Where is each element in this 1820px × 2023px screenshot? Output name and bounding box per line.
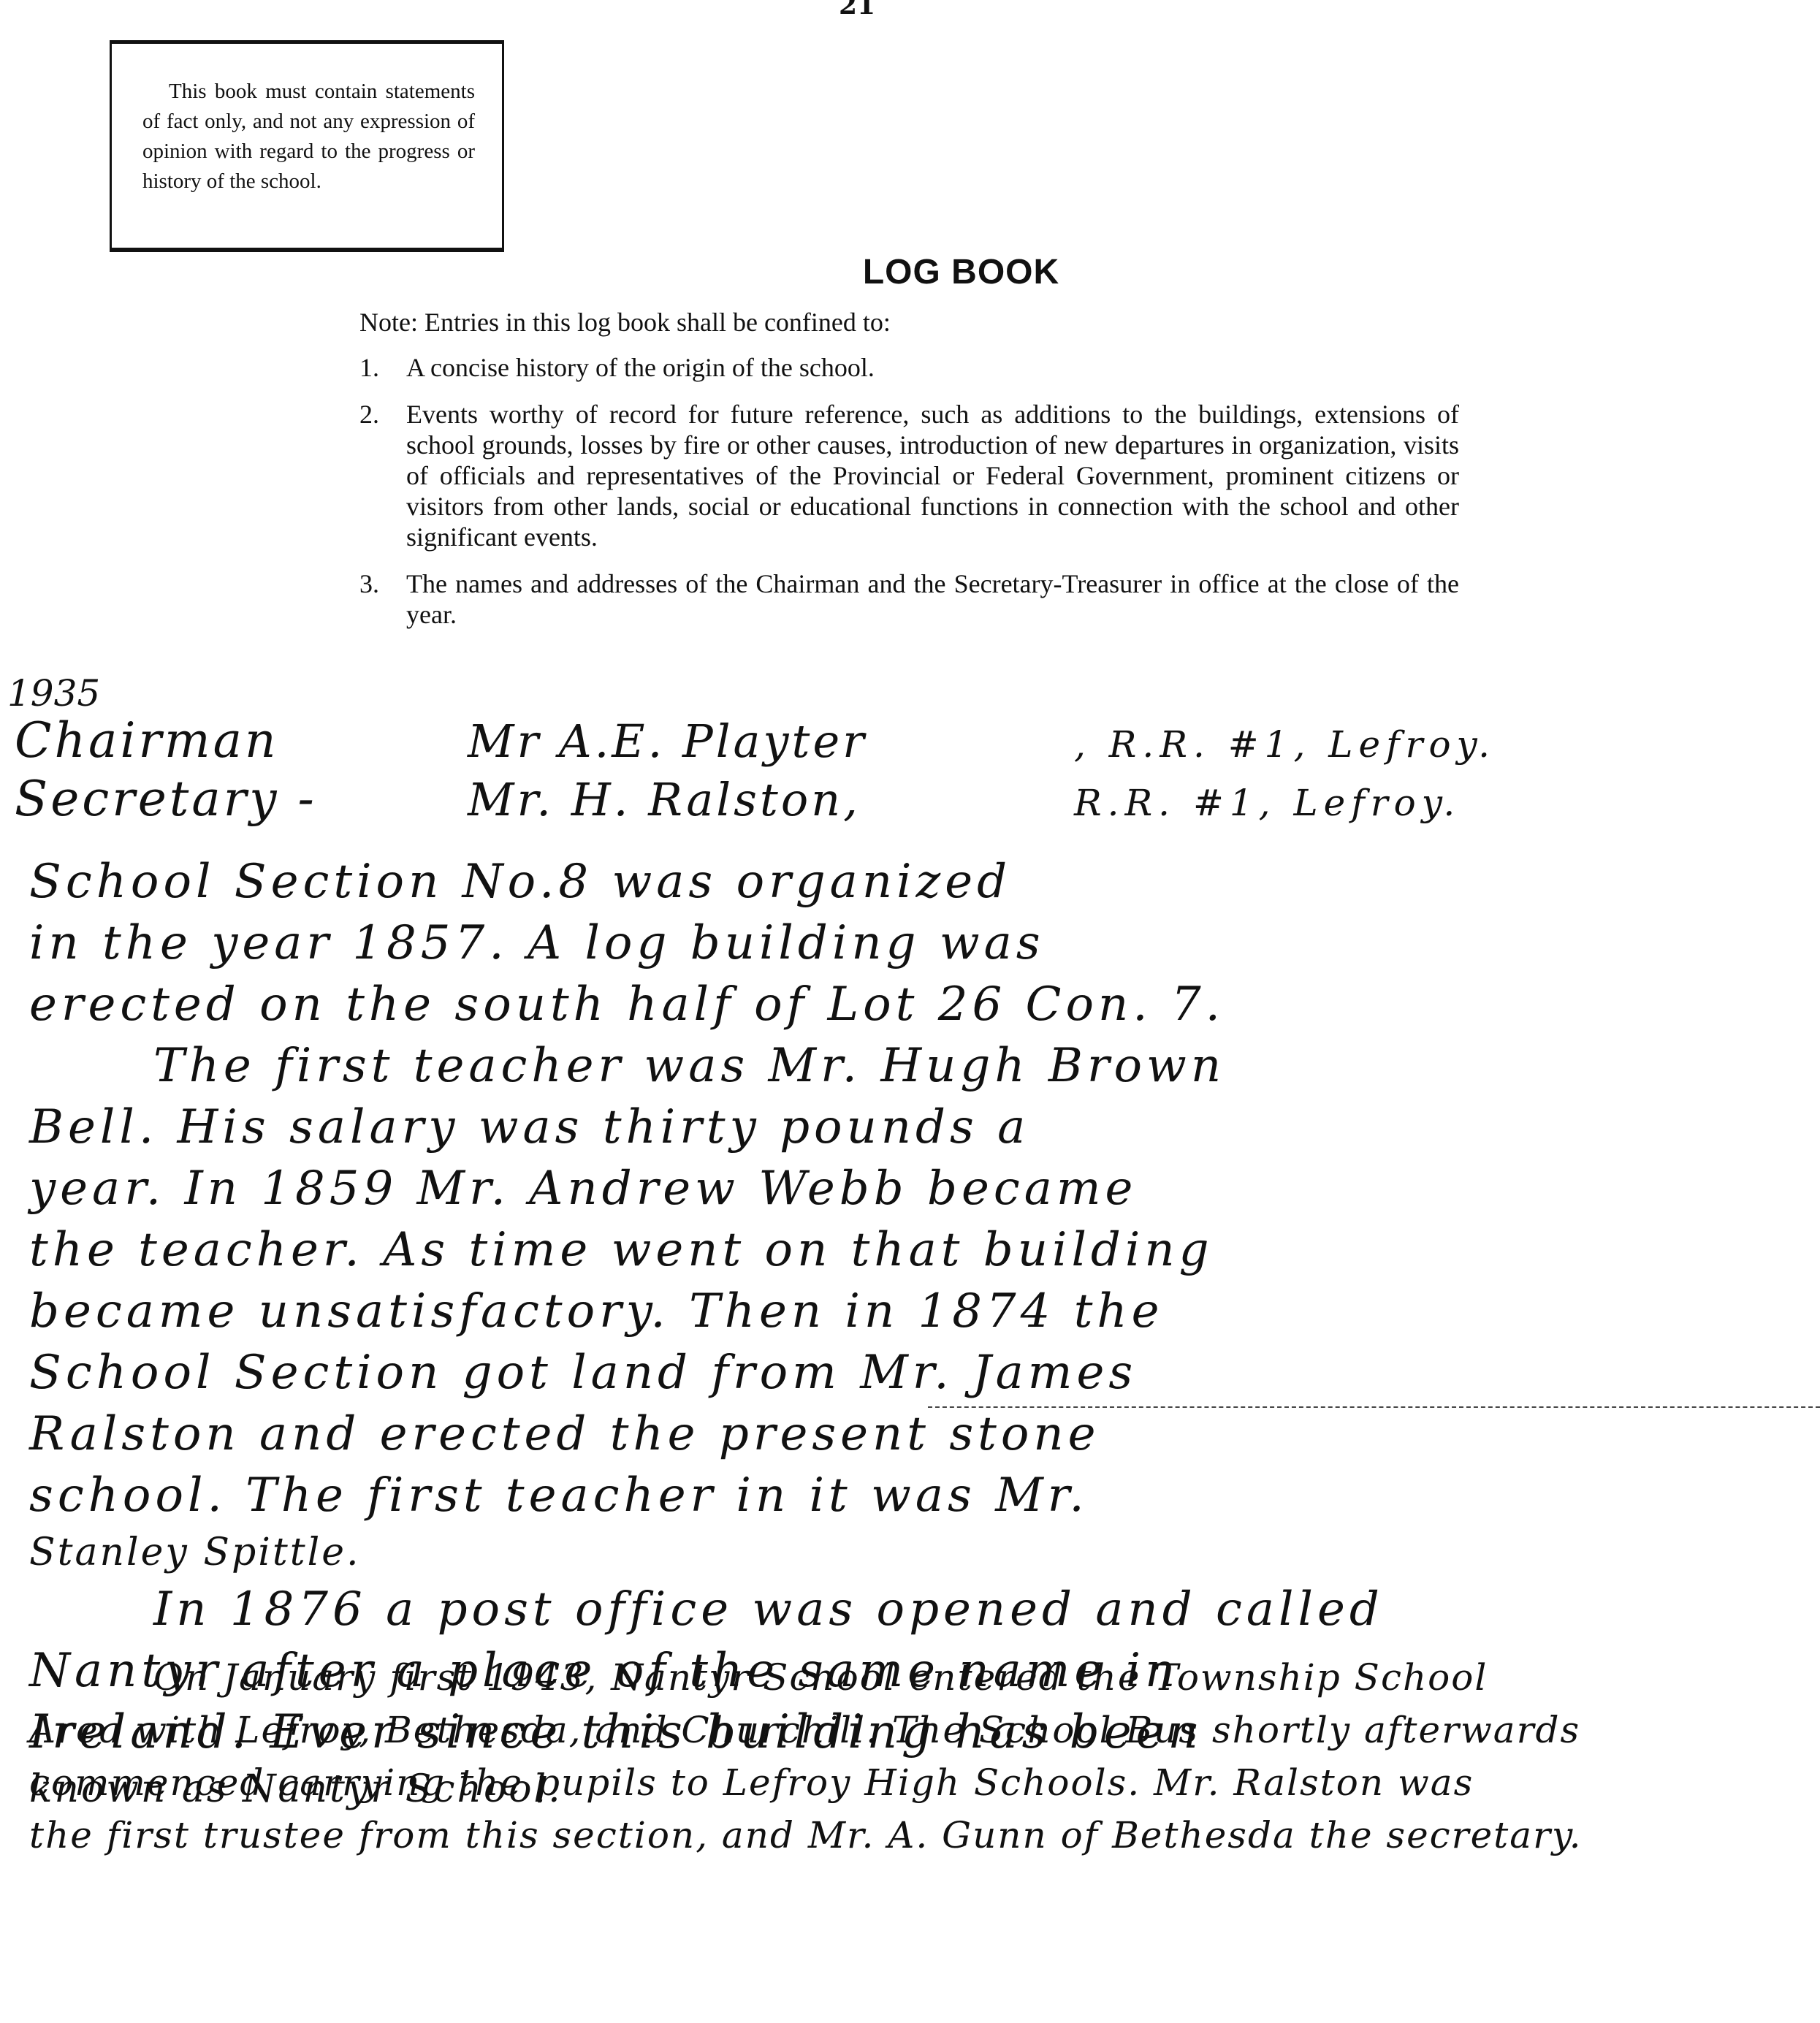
later-entry: On January first 1943, Nantyr School ent… (29, 1651, 1812, 1862)
officer-name: Mr. H. Ralston, (468, 773, 1074, 826)
instruction-number: 3. (359, 568, 406, 630)
instruction-item: 1. A concise history of the origin of th… (359, 352, 1459, 383)
instructions-note: Note: Entries in this log book shall be … (359, 307, 1459, 338)
instruction-text: A concise history of the origin of the s… (406, 352, 1459, 383)
officer-row-chairman: Chairman Mr A.E. Playter , R.R. #1, Lefr… (15, 712, 1695, 771)
officer-row-secretary: Secretary - Mr. H. Ralston, R.R. #1, Lef… (15, 771, 1695, 829)
instruction-item: 3. The names and addresses of the Chairm… (359, 568, 1459, 630)
history-line: The first teacher was Mr. Hugh Brown (29, 1035, 1783, 1097)
history-line: year. In 1859 Mr. Andrew Webb became (29, 1158, 1783, 1219)
page-title: LOG BOOK (0, 252, 1820, 292)
later-line: On January first 1943, Nantyr School ent… (29, 1651, 1812, 1704)
officers-list: Chairman Mr A.E. Playter , R.R. #1, Lefr… (15, 712, 1695, 829)
officer-role: Chairman (15, 712, 468, 769)
history-line: Stanley Spittle. (29, 1526, 1783, 1579)
notice-text: This book must contain statements of fac… (142, 77, 475, 197)
history-line: Bell. His salary was thirty pounds a (29, 1097, 1783, 1158)
divider-line (928, 1406, 1820, 1408)
notice-box: This book must contain statements of fac… (110, 40, 504, 252)
history-line: in the year 1857. A log building was (29, 913, 1783, 974)
history-line: Ralston and erected the present stone (29, 1403, 1783, 1465)
officer-address: , R.R. #1, Lefroy. (1074, 723, 1496, 766)
instruction-item: 2. Events worthy of record for future re… (359, 399, 1459, 552)
officer-name: Mr A.E. Playter (468, 715, 1074, 768)
history-line: the teacher. As time went on that buildi… (29, 1219, 1783, 1281)
history-line: erected on the south half of Lot 26 Con.… (29, 974, 1783, 1035)
officer-role: Secretary - (15, 771, 468, 827)
instruction-text: Events worthy of record for future refer… (406, 399, 1459, 552)
page-number: 21 (839, 0, 875, 20)
history-line: In 1876 a post office was opened and cal… (29, 1579, 1783, 1640)
instructions: Note: Entries in this log book shall be … (359, 307, 1459, 646)
history-line: school. The first teacher in it was Mr. (29, 1465, 1783, 1526)
history-line: School Section got land from Mr. James (29, 1342, 1783, 1403)
instruction-number: 1. (359, 352, 406, 383)
later-line: commenced carrying the pupils to Lefroy … (29, 1756, 1812, 1809)
later-line: the first trustee from this section, and… (29, 1809, 1812, 1862)
officer-address: R.R. #1, Lefroy. (1074, 782, 1461, 824)
history-line: became unsatisfactory. Then in 1874 the (29, 1281, 1783, 1342)
instruction-number: 2. (359, 399, 406, 552)
history-line: School Section No.8 was organized (29, 851, 1783, 913)
handwritten-year: 1935 (7, 672, 100, 715)
later-line: Area with Lefroy, Bethesda, and Churchil… (29, 1704, 1812, 1756)
instruction-text: The names and addresses of the Chairman … (406, 568, 1459, 630)
